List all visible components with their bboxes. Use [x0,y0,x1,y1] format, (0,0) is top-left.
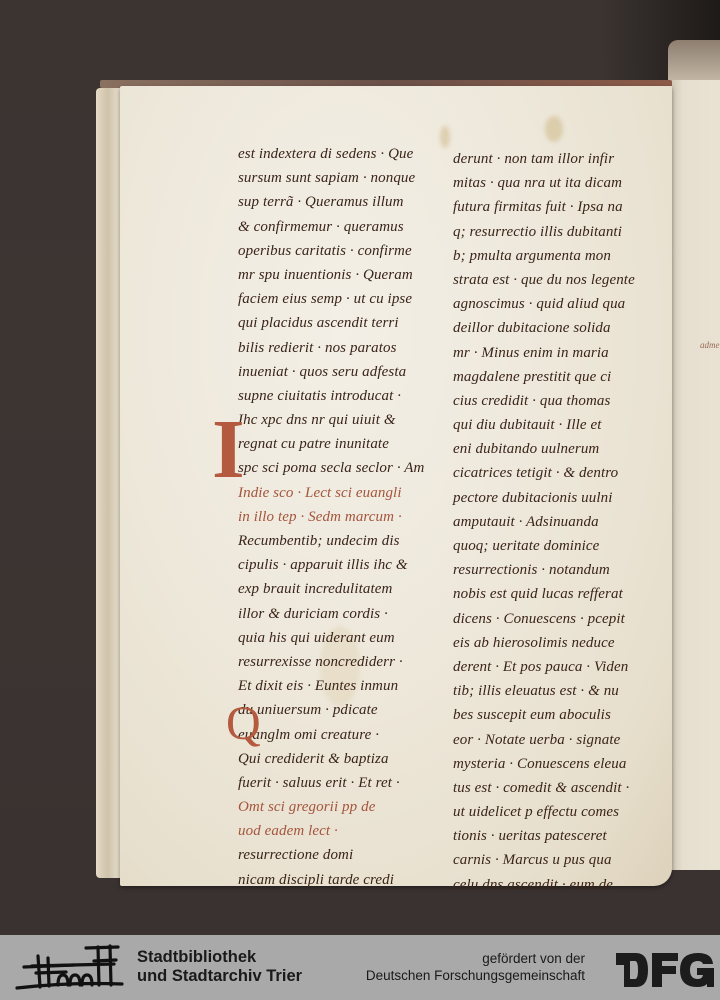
manuscript-line: magdalene prestitit que ci [453,365,635,389]
facing-page [668,80,720,870]
manuscript-line: nobis est quid lucas refferat [453,582,635,606]
manuscript-line: agnoscimus · quid aliud qua [453,292,635,316]
text-column-left: est indextera di sedens · Quesursum sunt… [238,142,424,892]
manuscript-line: quia his qui uiderant eum [238,626,424,650]
manuscript-line: deillor dubitacione solida [453,316,635,340]
manuscript-viewer[interactable]: est indextera di sedens · Quesursum sunt… [0,0,720,935]
margin-note: adme [700,340,720,350]
manuscript-line: strata est · que du nos legente [453,268,635,292]
manuscript-line: eni dubitando uulnerum [453,437,635,461]
funding-caption-line2: Deutschen Forschungsgemeinschaft [366,967,585,984]
manuscript-line: Recumbentib; undecim dis [238,529,424,553]
manuscript-line: du uniuersum · pdicate [238,698,424,722]
library-name-line2: und Stadtarchiv Trier [137,967,302,986]
manuscript-line: mr spu inuentionis · Queram [238,263,424,287]
manuscript-line: uod eadem lect · [238,819,424,843]
manuscript-line: tionis · ueritas patesceret [453,824,635,848]
manuscript-line: resurrectionis · notandum [453,558,635,582]
manuscript-line: sup terrã · Queramus illum [238,190,424,214]
manuscript-line: resurrexisse noncrediderr · [238,650,424,674]
stain [545,116,563,142]
manuscript-line: q; resurrectio illis dubitanti [453,220,635,244]
library-name: Stadtbibliothek und Stadtarchiv Trier [137,948,302,986]
manuscript-line: Ihc xpc dns nr qui uiuit & [238,408,424,432]
manuscript-line: ut uidelicet p effectu comes [453,800,635,824]
manuscript-line: tus est · comedit & ascendit · [453,776,635,800]
facing-page-edge [668,40,720,84]
manuscript-line: Omt sci gregorii pp de [238,795,424,819]
manuscript-line: quoq; ueritate dominice [453,534,635,558]
manuscript-line: cius credidit · qua thomas [453,389,635,413]
manuscript-line: fuerit · saluus erit · Et ret · [238,771,424,795]
manuscript-line: eis ab hierosolimis neduce [453,631,635,655]
manuscript-line: Qui crediderit & baptiza [238,747,424,771]
manuscript-line: cipulis · apparuit illis ihc & [238,553,424,577]
manuscript-line: qui diu dubitauit · Ille et [453,413,635,437]
footer-banner: Stadtbibliothek und Stadtarchiv Trier ge… [0,935,720,1000]
decorated-initial-q: Q [226,700,261,748]
manuscript-line: mr · Minus enim in maria [453,341,635,365]
manuscript-line: illor & duriciam cordis · [238,602,424,626]
funding-caption-line1: gefördert von der [366,950,585,967]
manuscript-line: futura firmitas fuit · Ipsa na [453,195,635,219]
manuscript-line: cicatrices tetigit · & dentro [453,461,635,485]
manuscript-line: amputauit · Adsinuanda [453,510,635,534]
manuscript-line: bilis redierit · nos paratos [238,336,424,360]
manuscript-line: & confirmemur · queramus [238,215,424,239]
manuscript-line: tib; illis eleuatus est · & nu [453,679,635,703]
manuscript-line: derunt · non tam illor infir [453,147,635,171]
manuscript-line: carnis · Marcus u pus qua [453,848,635,872]
manuscript-line: euanglm omi creature · [238,723,424,747]
manuscript-line: derent · Et pos pauca · Viden [453,655,635,679]
library-name-line1: Stadtbibliothek [137,948,302,967]
decorated-initial-i: I [212,412,228,488]
dfg-logo-icon [616,953,714,987]
manuscript-line: inueniat · quos seru adfesta [238,360,424,384]
manuscript-line: eor · Notate uerba · signate [453,728,635,752]
manuscript-line: pectore dubitacionis uulni [453,486,635,510]
manuscript-line: regnat cu patre inunitate [238,432,424,456]
manuscript-line: b; pmulta argumenta mon [453,244,635,268]
manuscript-line: qui placidus ascendit terri [238,311,424,335]
stain [440,126,450,148]
text-column-right: derunt · non tam illor infirmitas · qua … [453,147,635,897]
manuscript-line: celu dns ascendit · eum de [453,873,635,897]
library-logo-icon [14,941,124,995]
manuscript-line: operibus caritatis · confirme [238,239,424,263]
manuscript-line: bes suscepit eum aboculis [453,703,635,727]
manuscript-line: resurrectione domi [238,843,424,867]
manuscript-line: mitas · qua nra ut ita dicam [453,171,635,195]
manuscript-line: exp brauit incredulitatem [238,577,424,601]
funding-caption: gefördert von der Deutschen Forschungsge… [366,950,585,984]
manuscript-line: dicens · Conuescens · pcepit [453,607,635,631]
manuscript-line: spc sci poma secla seclor · Am [238,456,424,480]
manuscript-line: est indextera di sedens · Que [238,142,424,166]
manuscript-line: faciem eius semp · ut cu ipse [238,287,424,311]
manuscript-line: Indie sco · Lect sci euangli [238,481,424,505]
manuscript-line: nicam discipli tarde credi [238,868,424,892]
manuscript-line: sursum sunt sapiam · nonque [238,166,424,190]
manuscript-line: supne ciuitatis introducat · [238,384,424,408]
manuscript-line: Et dixit eis · Euntes inmun [238,674,424,698]
manuscript-line: mysteria · Conuescens eleua [453,752,635,776]
manuscript-line: in illo tep · Sedm marcum · [238,505,424,529]
